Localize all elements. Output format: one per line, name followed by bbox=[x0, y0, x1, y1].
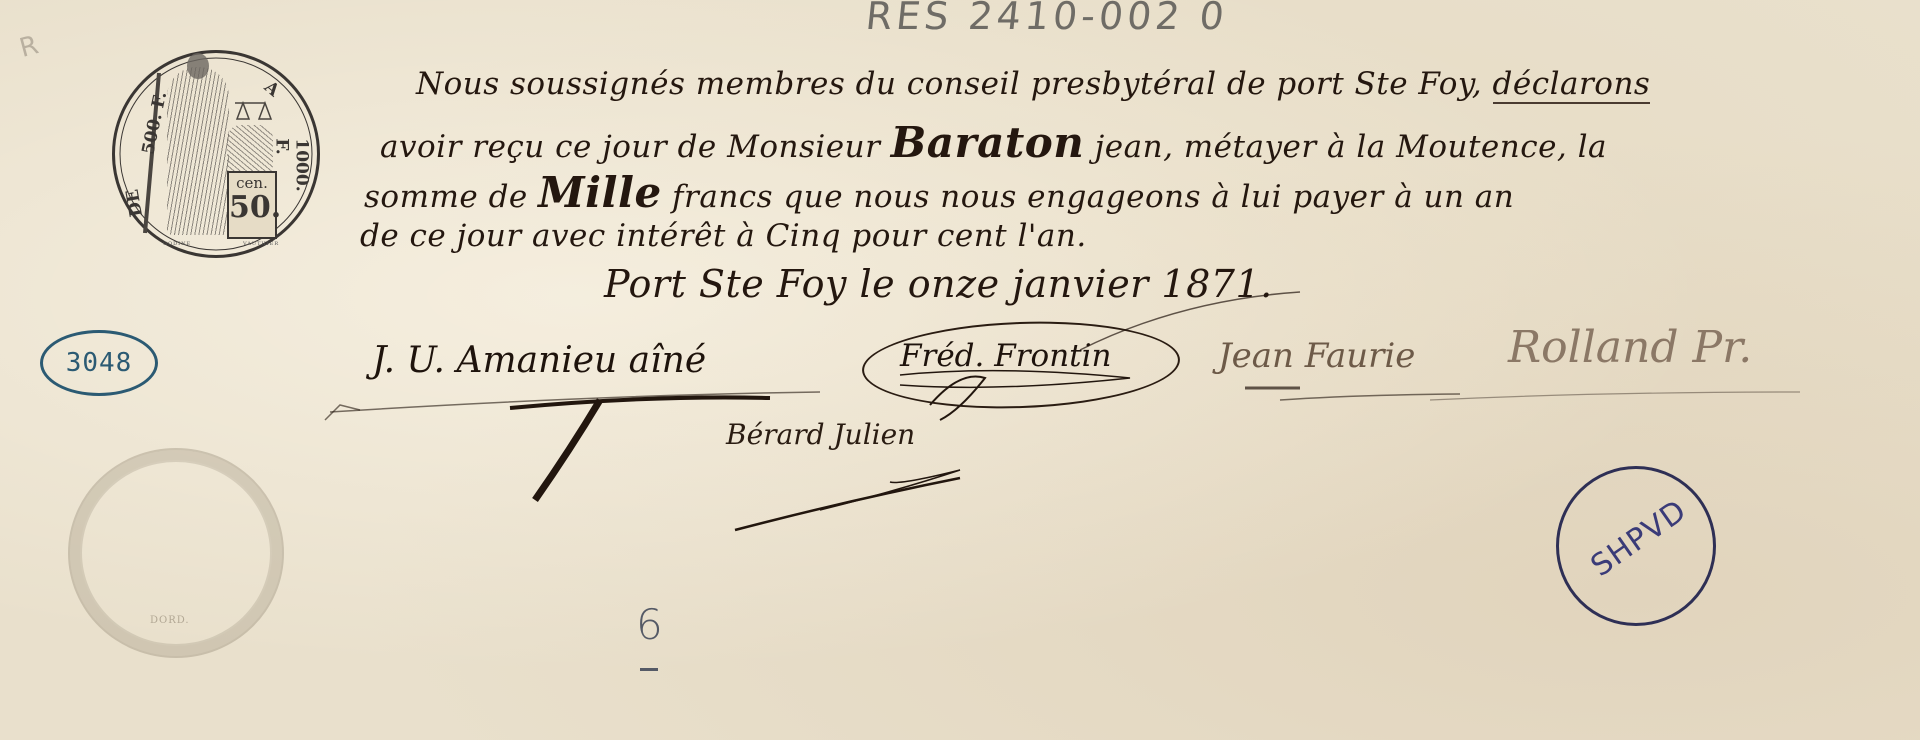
shpvd-stamp-text: SHPVD bbox=[1572, 484, 1707, 593]
page-number-underline bbox=[640, 668, 658, 671]
embossed-seal-text: DORD. bbox=[150, 615, 190, 626]
embossed-seal: DORD. bbox=[68, 448, 284, 658]
signature-flourishes bbox=[0, 0, 1920, 740]
page-number: 6 bbox=[636, 600, 663, 649]
shpvd-stamp: SHPVD bbox=[1556, 466, 1716, 626]
